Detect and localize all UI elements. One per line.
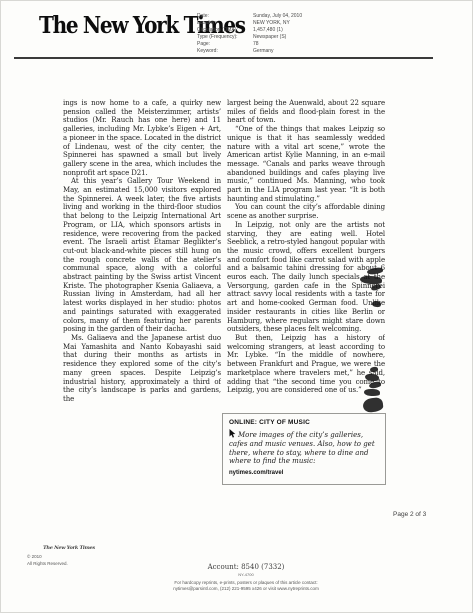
meta-label: Date: [197, 13, 253, 20]
meta-value: Newspaper (S) [253, 34, 417, 41]
ink-smudge [364, 388, 380, 396]
article-paragraph: largest being the Auenwald, about 22 squ… [227, 99, 385, 125]
online-body-copy: More images of the city’s galleries, caf… [229, 431, 375, 465]
meta-row-keyword: Keyword: Germany [197, 48, 417, 55]
article-column-right: largest being the Auenwald, about 22 squ… [227, 99, 385, 413]
article-paragraph: You can count the city’s affordable dini… [227, 203, 385, 220]
footer-copyright-block: The New York Times © 2010 All Rights Res… [27, 545, 95, 568]
meta-label: Circulation (DMA): [197, 27, 253, 34]
online-heading: ONLINE: CITY OF MUSIC [229, 419, 379, 426]
meta-value: 1,457,480 (1) [253, 27, 417, 34]
meta-row-page: Page: 78 [197, 41, 417, 48]
meta-value: Germany [253, 48, 417, 55]
meta-value: NEW YORK, NY [253, 20, 417, 27]
newspaper-clipping-page: The New York Times Date: Sunday, July 04… [0, 0, 473, 613]
meta-label: Type (Frequency): [197, 34, 253, 41]
article-column-left: ings is now home to a cafe, a quirky new… [63, 99, 221, 415]
meta-row-type: Type (Frequency): Newspaper (S) [197, 34, 417, 41]
meta-label: Keyword: [197, 48, 253, 55]
meta-row-date: Date: Sunday, July 04, 2010 [197, 13, 417, 20]
meta-label: Location: [197, 20, 253, 27]
clipping-code: NY-4700 [141, 572, 351, 577]
footer-account-block: Account: 8540 (7332) NY-4700 For hardcop… [141, 563, 351, 592]
article-paragraph: But then, Leipzig has a history of welco… [227, 334, 385, 395]
rights-reserved-text: All Rights Reserved. [27, 561, 68, 566]
article-paragraph: Ms. Galiaeva and the Japanese artist duo… [63, 334, 221, 404]
online-body-text: More images of the city’s galleries, caf… [229, 429, 379, 466]
article-paragraph: “One of the things that makes Leipzig so… [227, 125, 385, 203]
header-divider [14, 57, 433, 59]
meta-value: Sunday, July 04, 2010 [253, 13, 417, 20]
meta-row-location: Location: NEW YORK, NY [197, 20, 417, 27]
clipping-metadata: Date: Sunday, July 04, 2010 Location: NE… [197, 13, 417, 55]
meta-row-circulation: Circulation (DMA): 1,457,480 (1) [197, 27, 417, 34]
meta-label: Page: [197, 41, 253, 48]
account-number: Account: 8540 (7332) [141, 563, 351, 571]
meta-value: 78 [253, 41, 417, 48]
reprint-contact-line2: nytimes@parsintl.com, (212) 221-9595 x42… [141, 586, 351, 592]
article-paragraph: At this year’s Gallery Tour Weekend in M… [63, 177, 221, 334]
copyright-year: © 2010 [27, 554, 42, 559]
online-url: nytimes.com/travel [229, 469, 379, 478]
article-paragraph: ings is now home to a cafe, a quirky new… [63, 99, 221, 177]
nyt-masthead-logo: The New York Times [39, 11, 209, 39]
cursor-arrow-icon [229, 429, 236, 438]
online-callout-box: ONLINE: CITY OF MUSIC More images of the… [222, 413, 386, 485]
nyt-footer-logo: The New York Times [43, 545, 95, 553]
page-indicator: Page 2 of 3 [393, 511, 426, 518]
